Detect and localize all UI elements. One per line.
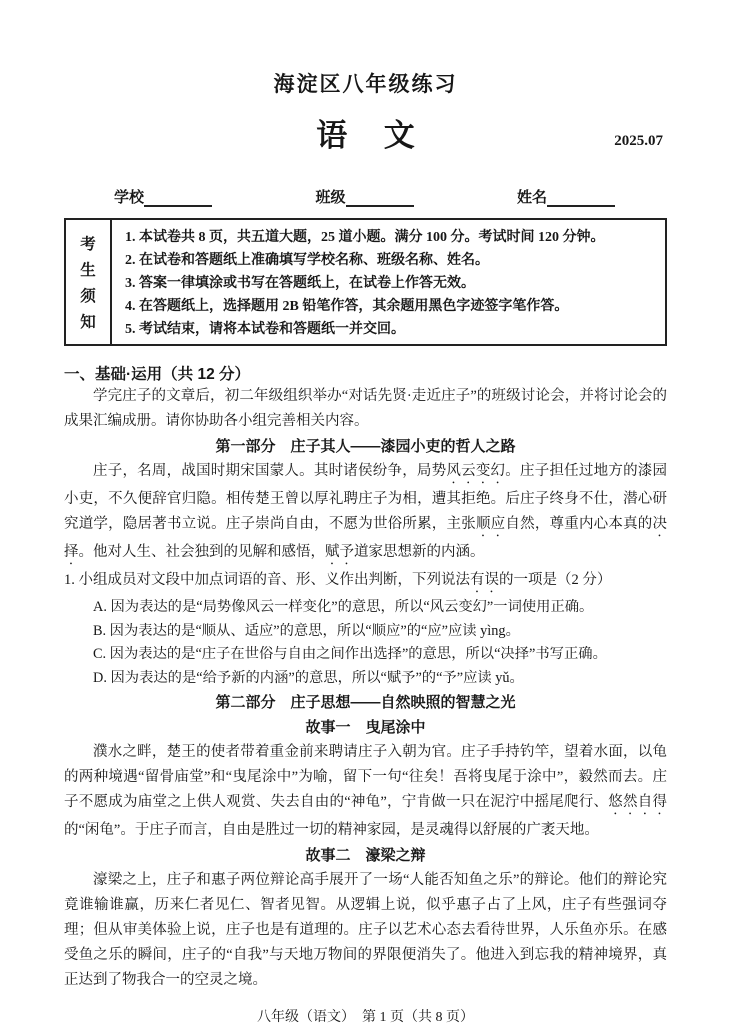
- subject-title: 语 文: [316, 118, 429, 153]
- question1-option-a: A. 因为表达的是“局势像风云一样变化”的意思，所以“风云变幻”一词使用正确。: [64, 596, 667, 620]
- notice-label-char: 知: [80, 310, 96, 332]
- section1-intro: 学完庄子的文章后，初二年级组织举办“对话先贤·走近庄子”的班级讨论会，并将讨论会…: [64, 384, 667, 434]
- school-field: 学校: [114, 186, 212, 207]
- text-segment: 的一项是（2 分）: [499, 572, 611, 588]
- text-segment: 的“闲龟”。于庄子而言，自由是胜过一切的精神家园，是灵魂得以舒展的广袤天地。: [64, 822, 599, 838]
- text-segment: 。他对人生、社会独到的见解和感悟，: [79, 544, 326, 560]
- name-label: 姓名: [517, 190, 547, 206]
- notice-item: 2. 在试卷和答题纸上准确填写学校名称、班级名称、姓名。: [125, 249, 655, 269]
- school-label: 学校: [114, 190, 144, 206]
- name-blank-line: [547, 191, 615, 207]
- class-label: 班级: [315, 190, 345, 206]
- emphasized-word: 悠然自得: [608, 794, 667, 810]
- student-info-row: 学校 班级 姓名: [64, 186, 667, 207]
- text-segment: 道家思想新的内涵。: [354, 544, 485, 560]
- text-segment: 濮水之畔，楚王的使者带着重金前来聘请庄子入朝为官。庄子手持钓竿，望着水面，以龟的…: [64, 744, 667, 810]
- notice-item: 1. 本试卷共 8 页，共五道大题，25 道小题。满分 100 分。考试时间 1…: [125, 226, 655, 246]
- name-field: 姓名: [517, 186, 615, 207]
- emphasized-word: 顺应: [476, 516, 505, 532]
- question1-option-b: B. 因为表达的是“顺从、适应”的意思，所以“顺应”的“应”应读 yìng。: [64, 620, 667, 644]
- exam-name: 海淀区八年级练习: [64, 68, 667, 98]
- question1-option-d: D. 因为表达的是“给予新的内涵”的意思，所以“赋予”的“予”应读 yǔ。: [64, 667, 667, 691]
- class-blank-line: [346, 191, 414, 207]
- question1-stem: 1. 小组成员对文段中加点词语的音、形、义作出判断，下列说法有误的一项是（2 分…: [64, 568, 667, 596]
- emphasized-word: 有误: [470, 572, 499, 588]
- notice-items: 1. 本试卷共 8 页，共五道大题，25 道小题。满分 100 分。考试时间 1…: [112, 220, 665, 344]
- subject-row: 语 文 2025.07: [64, 110, 667, 152]
- notice-item: 3. 答案一律填涂或书写在答题纸上，在试卷上作答无效。: [125, 272, 655, 292]
- text-segment: 庄子，名周，战国时期宋国蒙人。其时诸侯纷争，局势: [93, 463, 446, 479]
- notice-label-char: 考: [80, 232, 96, 254]
- class-field: 班级: [315, 186, 413, 207]
- text-segment: 1. 小组成员对文段中加点词语的音、形、义作出判断，下列说法: [64, 572, 470, 588]
- part1-paragraph: 庄子，名周，战国时期宋国蒙人。其时诸侯纷争，局势风云变幻。庄子担任过地方的漆园小…: [64, 459, 667, 568]
- notice-label: 考 生 须 知: [66, 220, 112, 344]
- story1-paragraph: 濮水之畔，楚王的使者带着重金前来聘请庄子入朝为官。庄子手持钓竿，望着水面，以龟的…: [64, 740, 667, 843]
- notice-label-char: 须: [80, 284, 96, 306]
- story2-paragraph: 濠梁之上，庄子和惠子两位辩论高手展开了一场“人能否知鱼之乐”的辩论。他们的辩论究…: [64, 868, 667, 993]
- school-blank-line: [144, 191, 212, 207]
- emphasized-word: 赋予: [325, 544, 354, 560]
- part2-heading: 第二部分 庄子思想——自然映照的智慧之光: [64, 690, 667, 715]
- section1-title: 一、基础·运用（共 12 分）: [64, 362, 667, 384]
- notice-item: 4. 在答题纸上，选择题用 2B 铅笔作答，其余题用黑色字迹签字笔作答。: [125, 295, 655, 315]
- notice-box: 考 生 须 知 1. 本试卷共 8 页，共五道大题，25 道小题。满分 100 …: [64, 218, 667, 346]
- story1-heading: 故事一 曳尾涂中: [64, 715, 667, 740]
- question1-option-c: C. 因为表达的是“庄子在世俗与自由之间作出选择”的意思，所以“决择”书写正确。: [64, 643, 667, 667]
- story2-heading: 故事二 濠梁之辩: [64, 843, 667, 868]
- notice-label-char: 生: [80, 258, 96, 280]
- emphasized-word: 风云变幻: [446, 463, 505, 479]
- part1-heading: 第一部分 庄子其人——漆园小吏的哲人之路: [64, 434, 667, 459]
- exam-date: 2025.07: [614, 133, 663, 150]
- page-footer: 八年级（语文） 第 1 页（共 8 页）: [64, 1006, 667, 1024]
- exam-page: 海淀区八年级练习 语 文 2025.07 学校 班级 姓名 考 生 须 知 1.…: [0, 0, 729, 1024]
- text-segment: 自然，尊重内心本真的: [505, 516, 652, 532]
- notice-item: 5. 考试结束，请将本试卷和答题纸一并交回。: [125, 318, 655, 338]
